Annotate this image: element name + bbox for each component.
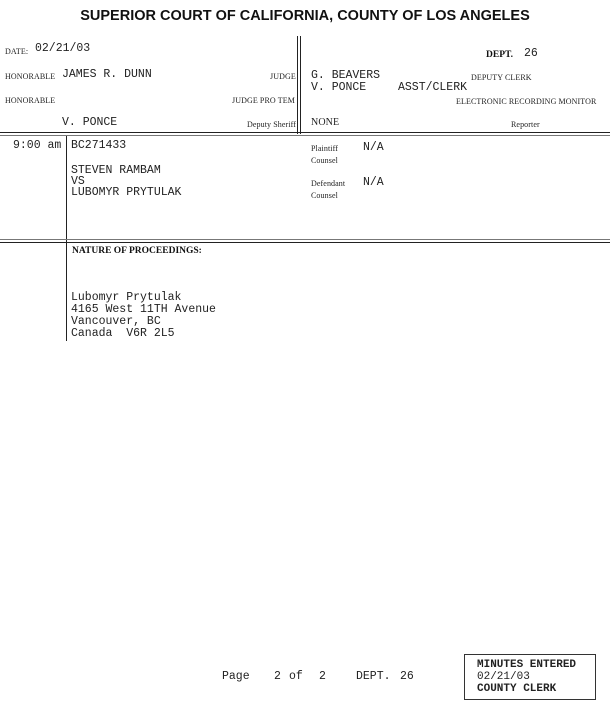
header-bottom-rule-2 [0, 135, 610, 136]
honorable-label: HONORABLE [5, 72, 55, 81]
page-of: of [289, 670, 303, 683]
asst-clerk-name: V. PONCE [311, 81, 366, 94]
hearing-time: 9:00 am [13, 139, 61, 152]
defendant-counsel-label: Defendant [311, 179, 345, 188]
page-label: Page [222, 670, 250, 683]
proceedings-top-rule-2 [0, 242, 610, 243]
erm-label: ELECTRONIC RECORDING MONITOR [456, 97, 596, 106]
header-divider-left [297, 36, 298, 134]
header-divider-right [300, 36, 301, 134]
plaintiff-counsel-value: N/A [363, 141, 384, 154]
reporter-name: NONE [311, 117, 339, 128]
page-current: 2 [274, 670, 281, 683]
asst-clerk-title: ASST/CLERK [398, 81, 467, 94]
footer-dept-value: 26 [400, 670, 414, 683]
case-number: BC271433 [71, 139, 126, 152]
judge-name: JAMES R. DUNN [62, 68, 152, 81]
county-clerk-label: COUNTY CLERK [477, 683, 595, 695]
judge-label: JUDGE [270, 72, 296, 81]
plaintiff-counsel-label: Plaintiff [311, 144, 338, 153]
reporter-label: Reporter [511, 120, 540, 129]
dept-label: DEPT. [486, 50, 513, 60]
header-bottom-rule-1 [0, 132, 610, 133]
date-value: 02/21/03 [35, 42, 90, 55]
footer-dept-label: DEPT. [356, 670, 391, 683]
minutes-entered-stamp: MINUTES ENTERED 02/21/03 COUNTY CLERK [464, 654, 596, 700]
proceedings-top-rule-1 [0, 239, 610, 240]
proceedings-heading: NATURE OF PROCEEDINGS: [72, 246, 202, 256]
deputy-sheriff-name: V. PONCE [62, 116, 117, 129]
minutes-entered-date: 02/21/03 [477, 671, 595, 683]
address-line: Canada V6R 2L5 [71, 328, 216, 340]
honorable-label-2: HONORABLE [5, 96, 55, 105]
deputy-sheriff-label: Deputy Sheriff [247, 120, 296, 129]
minutes-entered-label: MINUTES ENTERED [477, 659, 595, 671]
deputy-clerk-label: DEPUTY CLERK [471, 73, 532, 82]
dept-value: 26 [524, 47, 538, 60]
date-label: DATE: [5, 47, 28, 56]
defendant-counsel-label-2: Counsel [311, 191, 338, 200]
address-block: Lubomyr Prytulak 4165 West 11TH Avenue V… [71, 292, 216, 340]
defendant-counsel-value: N/A [363, 176, 384, 189]
plaintiff-counsel-label-2: Counsel [311, 156, 338, 165]
page-total: 2 [319, 670, 326, 683]
defendant-name: LUBOMYR PRYTULAK [71, 186, 181, 199]
judge-pro-tem-label: JUDGE PRO TEM [232, 96, 295, 105]
court-title: SUPERIOR COURT OF CALIFORNIA, COUNTY OF … [0, 8, 610, 24]
